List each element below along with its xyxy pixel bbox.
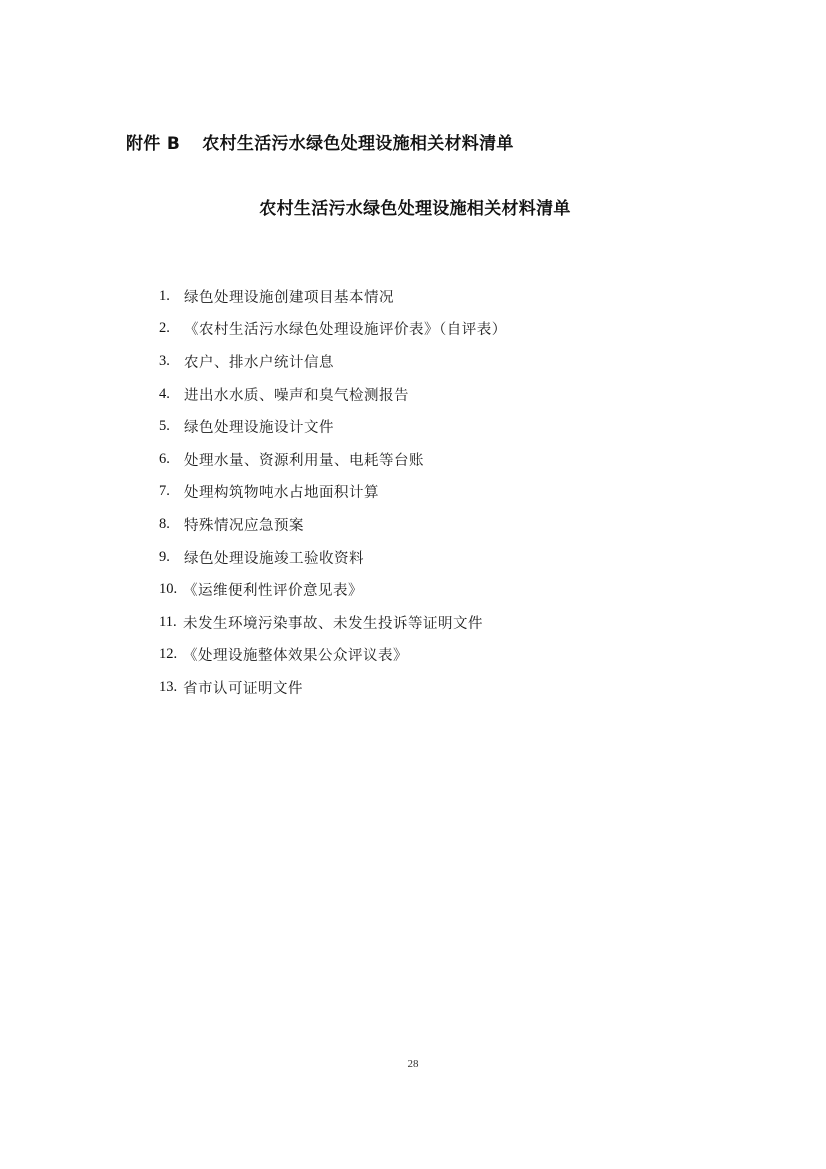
- item-number: 5.: [159, 418, 184, 435]
- item-number: 3.: [159, 353, 184, 370]
- item-number: 4.: [159, 386, 184, 403]
- item-text: 处理水量、资源利用量、电耗等台账: [184, 449, 424, 470]
- appendix-title: 农村生活污水绿色处理设施相关材料清单: [202, 134, 513, 154]
- list-item: 2. 《农村生活污水绿色处理设施评价表》（自评表）: [159, 313, 507, 346]
- list-item: 9. 绿色处理设施竣工验收资料: [159, 541, 507, 574]
- item-number: 6.: [159, 451, 184, 468]
- item-text: 农户、排水户统计信息: [184, 351, 334, 372]
- list-item: 12. 《处理设施整体效果公众评议表》: [159, 639, 507, 672]
- page-number: 28: [0, 1058, 826, 1070]
- appendix-heading: 附件 B 农村生活污水绿色处理设施相关材料清单: [126, 132, 514, 156]
- list-item: 11. 未发生环境污染事故、未发生投诉等证明文件: [159, 606, 507, 639]
- list-item: 5. 绿色处理设施设计文件: [159, 410, 507, 443]
- item-text: 未发生环境污染事故、未发生投诉等证明文件: [183, 612, 483, 633]
- list-item: 10. 《运维便利性评价意见表》: [159, 573, 507, 606]
- list-item: 13. 省市认可证明文件: [159, 671, 507, 704]
- list-item: 8. 特殊情况应急预案: [159, 508, 507, 541]
- item-text: 省市认可证明文件: [183, 677, 303, 698]
- item-text: 绿色处理设施设计文件: [184, 416, 334, 437]
- item-number: 7.: [159, 483, 184, 500]
- document-title: 农村生活污水绿色处理设施相关材料清单: [0, 197, 826, 221]
- list-item: 7. 处理构筑物吨水占地面积计算: [159, 476, 507, 509]
- list-item: 6. 处理水量、资源利用量、电耗等台账: [159, 443, 507, 476]
- item-number: 8.: [159, 516, 184, 533]
- item-number: 10.: [159, 581, 183, 598]
- materials-list: 1. 绿色处理设施创建项目基本情况 2. 《农村生活污水绿色处理设施评价表》（自…: [159, 280, 507, 704]
- item-text: 绿色处理设施创建项目基本情况: [184, 286, 394, 307]
- document-page: 附件 B 农村生活污水绿色处理设施相关材料清单 农村生活污水绿色处理设施相关材料…: [0, 0, 826, 1169]
- item-text: 进出水水质、噪声和臭气检测报告: [184, 384, 409, 405]
- item-number: 12.: [159, 646, 183, 663]
- item-text: 特殊情况应急预案: [184, 514, 304, 535]
- item-text: 《处理设施整体效果公众评议表》: [183, 644, 408, 665]
- list-item: 4. 进出水水质、噪声和臭气检测报告: [159, 378, 507, 411]
- item-text: 处理构筑物吨水占地面积计算: [184, 481, 379, 502]
- item-number: 13.: [159, 679, 183, 696]
- document-title-text: 农村生活污水绿色处理设施相关材料清单: [259, 199, 570, 219]
- list-item: 3. 农户、排水户统计信息: [159, 345, 507, 378]
- item-number: 9.: [159, 549, 184, 566]
- item-number: 11.: [159, 614, 183, 631]
- item-number: 2.: [159, 320, 184, 337]
- item-text: 绿色处理设施竣工验收资料: [184, 547, 364, 568]
- item-number: 1.: [159, 288, 184, 305]
- appendix-label: 附件 B: [126, 132, 180, 156]
- list-item: 1. 绿色处理设施创建项目基本情况: [159, 280, 507, 313]
- item-text: 《农村生活污水绿色处理设施评价表》（自评表）: [184, 318, 507, 339]
- item-text: 《运维便利性评价意见表》: [183, 579, 363, 600]
